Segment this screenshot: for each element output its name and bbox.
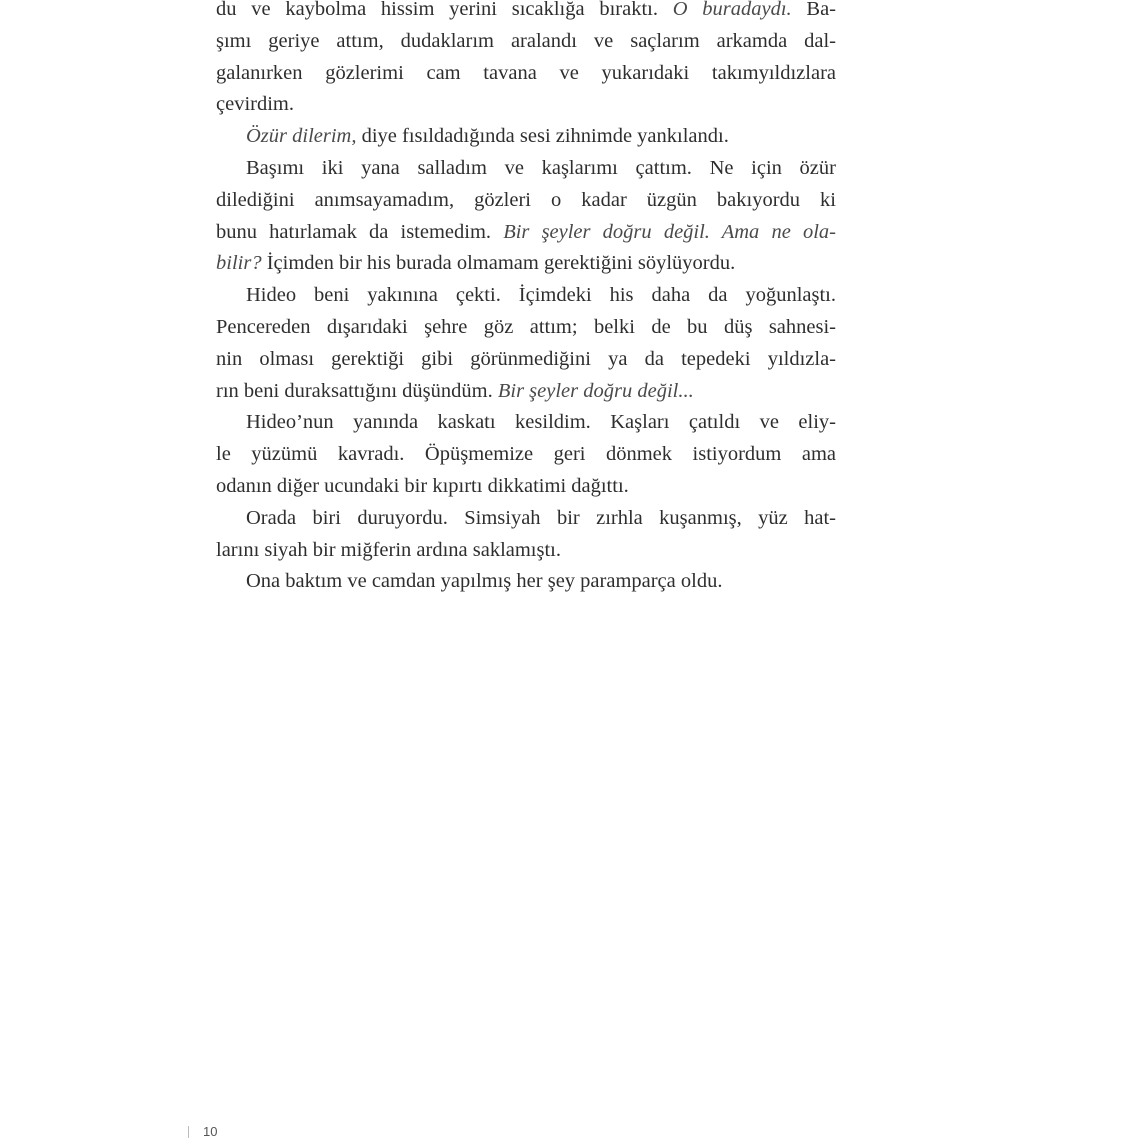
text-line: Orada biri duruyordu. Simsiyah bir zırhl…: [216, 503, 836, 535]
text-segment: Hideo beni yakınına çekti. İçimdeki his …: [246, 284, 836, 306]
page-footer: 10: [188, 1124, 217, 1139]
text-line: çevirdim.: [216, 89, 836, 121]
italic-text: Bir şeyler doğru değil...: [498, 380, 694, 402]
text-segment: Hideo’nun yanında kaskatı kesildim. Kaşl…: [246, 411, 836, 433]
text-line: dilediğini anımsayamadım, gözleri o kada…: [216, 185, 836, 217]
italic-text: bilir?: [216, 252, 262, 274]
text-segment: rın beni duraksattığını düşündüm.: [216, 380, 498, 402]
text-segment: İçimden bir his burada olmamam gerektiği…: [262, 252, 736, 274]
text-segment: du ve kaybolma hissim yerini sıcaklığa b…: [216, 0, 673, 20]
text-line: Özür dilerim, diye fısıldadığında sesi z…: [216, 121, 836, 153]
text-line: odanın diğer ucundaki bir kıpırtı dikkat…: [216, 471, 836, 503]
text-segment: Ba-: [792, 0, 836, 20]
text-segment: le yüzümü kavradı. Öpüşmemize geri dönme…: [216, 443, 836, 465]
text-segment: bunu hatırlamak da istemedim.: [216, 221, 503, 243]
text-line: Başımı iki yana salladım ve kaşlarımı ça…: [216, 153, 836, 185]
italic-text: Bir şeyler doğru değil. Ama ne ola-: [503, 221, 836, 243]
text-segment: Ona baktım ve camdan yapılmış her şey pa…: [246, 570, 722, 592]
text-segment: Pencereden dışarıdaki şehre göz attım; b…: [216, 316, 836, 338]
text-line: bunu hatırlamak da istemedim. Bir şeyler…: [216, 217, 836, 249]
text-line: le yüzümü kavradı. Öpüşmemize geri dönme…: [216, 439, 836, 471]
text-segment: çevirdim.: [216, 93, 294, 115]
text-segment: şımı geriye attım, dudaklarım aralandı v…: [216, 30, 836, 52]
text-line: bilir? İçimden bir his burada olmamam ge…: [216, 248, 836, 280]
text-segment: nin olması gerektiği gibi görünmediğini …: [216, 348, 836, 370]
text-line: du ve kaybolma hissim yerini sıcaklığa b…: [216, 0, 836, 26]
text-segment: Başımı iki yana salladım ve kaşlarımı ça…: [246, 157, 836, 179]
folio-divider: [188, 1126, 189, 1138]
page-number: 10: [203, 1124, 217, 1139]
text-segment: Orada biri duruyordu. Simsiyah bir zırhl…: [246, 507, 836, 529]
text-segment: larını siyah bir miğferin ardına saklamı…: [216, 539, 561, 561]
text-segment: odanın diğer ucundaki bir kıpırtı dikkat…: [216, 475, 629, 497]
text-segment: diye fısıldadığında sesi zihnimde yankıl…: [356, 125, 728, 147]
text-line: larını siyah bir miğferin ardına saklamı…: [216, 535, 836, 567]
italic-text: Özür dilerim,: [246, 125, 356, 147]
body-text: du ve kaybolma hissim yerini sıcaklığa b…: [216, 0, 836, 598]
italic-text: O buradaydı.: [673, 0, 792, 20]
text-line: şımı geriye attım, dudaklarım aralandı v…: [216, 26, 836, 58]
text-line: nin olması gerektiği gibi görünmediğini …: [216, 344, 836, 376]
text-line: Pencereden dışarıdaki şehre göz attım; b…: [216, 312, 836, 344]
text-segment: dilediğini anımsayamadım, gözleri o kada…: [216, 189, 836, 211]
text-line: galanırken gözlerimi cam tavana ve yukar…: [216, 58, 836, 90]
text-line: Hideo’nun yanında kaskatı kesildim. Kaşl…: [216, 407, 836, 439]
book-page: du ve kaybolma hissim yerini sıcaklığa b…: [0, 0, 1140, 1140]
text-line: Hideo beni yakınına çekti. İçimdeki his …: [216, 280, 836, 312]
text-segment: galanırken gözlerimi cam tavana ve yukar…: [216, 62, 836, 84]
text-line: Ona baktım ve camdan yapılmış her şey pa…: [216, 566, 836, 598]
text-line: rın beni duraksattığını düşündüm. Bir şe…: [216, 376, 836, 408]
